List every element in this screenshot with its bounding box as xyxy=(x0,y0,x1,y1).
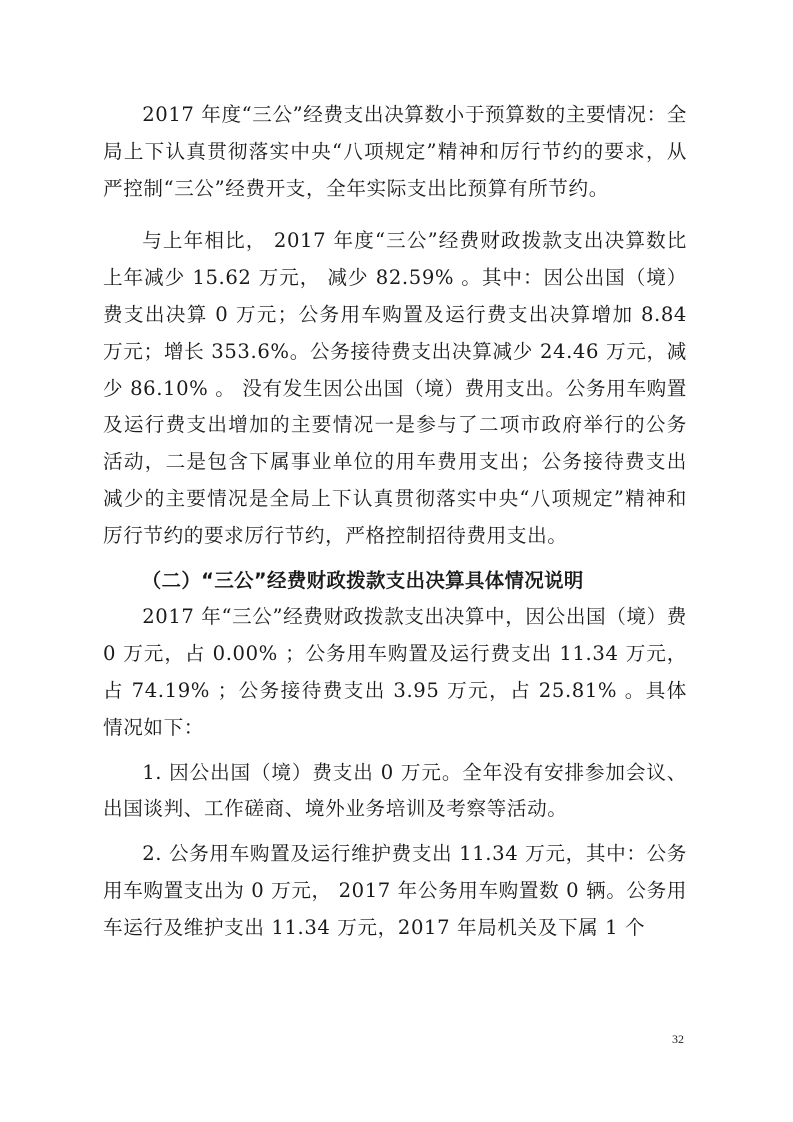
paragraph-budget-savings: 2017 年度“三公”经费支出决算数小于预算数的主要情况：全局上下认真贯彻落实中… xyxy=(103,97,687,207)
document-page: 2017 年度“三公”经费支出决算数小于预算数的主要情况：全局上下认真贯彻落实中… xyxy=(103,97,687,955)
paragraph-breakdown: 2017 年“三公”经费财政拨款支出决算中，因公出国（境）费 0 万元，占 0.… xyxy=(103,599,687,746)
paragraph-year-comparison: 与上年相比， 2017 年度“三公”经费财政拨款支出决算数比上年减少 15.62… xyxy=(103,223,687,554)
section-heading: （二）“三公”经费财政拨款支出决算具体情况说明 xyxy=(103,563,687,600)
paragraph-vehicle-costs: 2. 公务用车购置及运行维护费支出 11.34 万元，其中：公务用车购置支出为 … xyxy=(103,836,687,946)
page-number: 32 xyxy=(672,1032,684,1047)
paragraph-overseas-travel: 1. 因公出国（境）费支出 0 万元。全年没有安排参加会议、出国谈判、工作磋商、… xyxy=(103,755,687,829)
